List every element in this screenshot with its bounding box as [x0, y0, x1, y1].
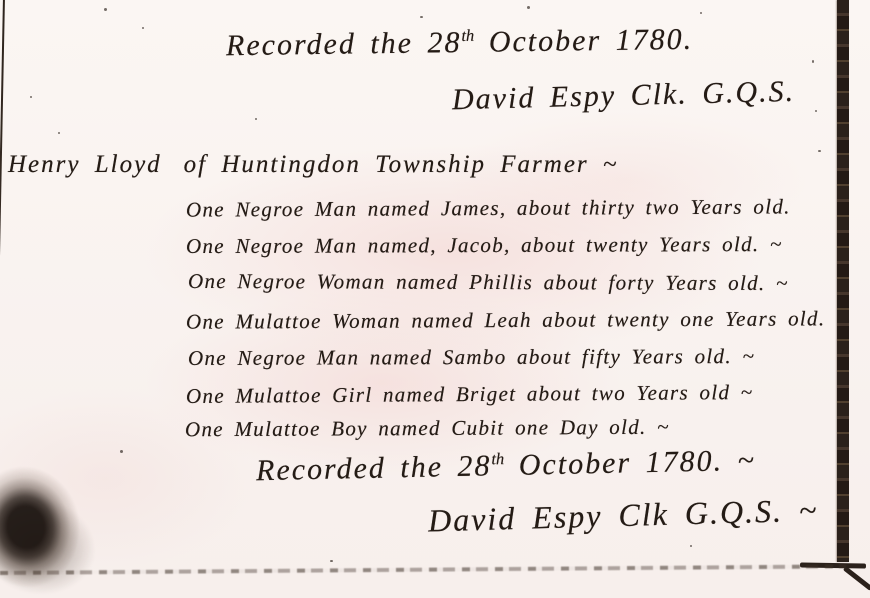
paper-speck — [812, 60, 814, 63]
paper-speck — [104, 8, 107, 11]
entry-line-leah: One Mulattoe Woman named Leah about twen… — [186, 306, 825, 334]
entry-line-briget: One Mulattoe Girl named Briget about two… — [186, 380, 754, 409]
entry-line-phillis: One Negroe Woman named Phillis about for… — [188, 269, 789, 296]
paper-speck — [700, 12, 702, 14]
owner-line: Henry Lloyd of Huntingdon Township Farme… — [8, 151, 618, 179]
paper-speck — [690, 545, 692, 547]
paper-speck — [120, 450, 123, 453]
bottom-clerk-signature: David Espy Clk G.Q.S. ~ — [428, 492, 819, 540]
entry-line-james: One Negroe Man named James, about thirty… — [186, 194, 791, 222]
bottom-recorded-line: Recorded the 28th October 1780. ~ — [256, 444, 756, 488]
top-recorded-text-rest: October 1780. — [474, 23, 693, 59]
right-binding-bar — [837, 0, 849, 562]
paper-speck — [330, 560, 333, 562]
entry-line-cubit: One Mulattoe Boy named Cubit one Day old… — [185, 415, 670, 443]
page-edge-line — [0, 564, 846, 575]
paper-speck — [30, 96, 32, 98]
owner-name: Henry Lloyd — [8, 151, 162, 179]
paper-speck — [255, 118, 257, 120]
paper-speck — [142, 27, 144, 29]
bottom-recorded-text: Recorded the 28 — [256, 449, 492, 487]
paper-speck — [58, 132, 60, 134]
top-recorded-line: Recorded the 28th October 1780. — [226, 23, 694, 64]
ordinal-suffix: th — [491, 449, 504, 468]
bottom-recorded-text-rest: October 1780. ~ — [504, 444, 756, 482]
entry-line-sambo: One Negroe Man named Sambo about fifty Y… — [188, 344, 755, 371]
entry-line-jacob: One Negroe Man named, Jacob, about twent… — [186, 232, 783, 259]
owner-description: of Huntingdon Township Farmer ~ — [184, 151, 619, 179]
top-recorded-text: Recorded the 28 — [226, 26, 462, 62]
paper-speck — [818, 150, 821, 152]
paper-speck — [527, 6, 530, 9]
binding-tail-mark — [843, 566, 870, 591]
paper-speck — [420, 16, 423, 18]
document-scan: Recorded the 28th October 1780. David Es… — [0, 0, 870, 598]
top-clerk-signature: David Espy Clk. G.Q.S. — [452, 75, 796, 117]
ordinal-suffix: th — [461, 26, 474, 45]
paper-speck — [815, 110, 817, 112]
